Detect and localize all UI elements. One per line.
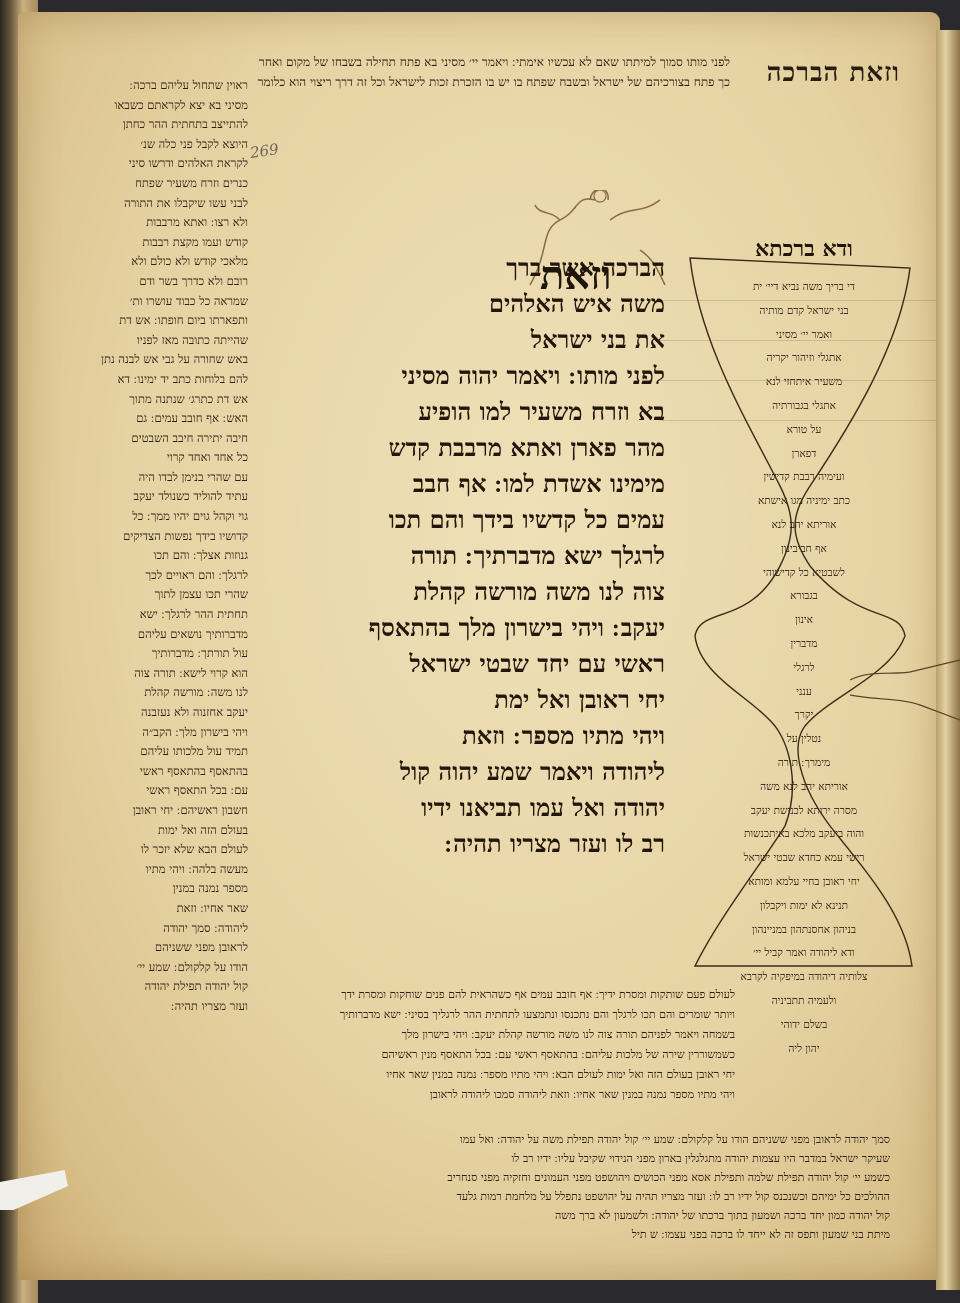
text-line: את בני ישראל <box>255 322 665 358</box>
text-line: מימינו אשדת למו ׃ אף חבב <box>255 466 665 502</box>
text-line: משעיר איתחזי לנא <box>690 371 918 395</box>
text-line: שהרי תכו עצמן לתוך <box>48 585 248 605</box>
text-line: תנינא לא ימות ויקבלון <box>690 895 918 919</box>
text-line: ועימיה רבבת קדישין <box>690 466 918 490</box>
targum-title: ודא ברכתא <box>690 236 918 262</box>
text-line: ליהודה ׃ סמך יהודה <box>48 919 248 939</box>
text-line: בהתאסף בהתאסף ראשי <box>48 762 248 782</box>
text-line: כשמע יי׳ קול יהודה תפילת שלמה ותפילת אסא… <box>55 1168 890 1187</box>
hand-drawing-icon <box>850 650 960 730</box>
text-line: אינון <box>690 609 918 633</box>
main-text-block: הברכה אשר ברךמשה איש האלהיםאת בני ישראלל… <box>255 250 665 862</box>
text-line: הברכה אשר ברך <box>255 250 665 286</box>
text-line: מלאכי קודש ולא כולם ולא <box>48 252 248 272</box>
text-line: ראשי עם יחד שבטי ישראל <box>255 646 665 682</box>
text-line: ההולכים כל ימיהם וכשנכנס קול ידיו רב לו … <box>55 1187 890 1206</box>
text-line: בא וזרח משעיר למו הופיע <box>255 394 665 430</box>
text-line: כנרים וזרח משעיר שפתח <box>48 174 248 194</box>
text-line: על טורא <box>690 419 918 443</box>
text-line: משה איש האלהים <box>255 286 665 322</box>
text-line: קול יהודה כמון יחד ברכה ושמעון בתוך ברכת… <box>55 1206 890 1225</box>
commentary-bottom: לעולם פעם שותקות ומסרת ידיך ׃ אף חובב עמ… <box>70 985 735 1105</box>
text-line: בעולם הזה ואל ימות <box>48 821 248 841</box>
running-title: וזאת הברכה <box>767 58 900 88</box>
text-line: שאר אחיו ׃ וזאת <box>48 899 248 919</box>
text-line: ויהי בישרון מלך ׃ הקב״ה <box>48 723 248 743</box>
text-line: שהייתה כתובה מאז לפניו <box>48 331 248 351</box>
text-line: אתגלי בגבורתיה <box>690 395 918 419</box>
text-line: רב לו ועזר מצריו תהיה ׃ <box>255 826 665 862</box>
text-line: ואמר יי׳ מסיני <box>690 324 918 348</box>
text-line: אוריתא יהב לנא משה <box>690 776 918 800</box>
text-line: נטלין על <box>690 728 918 752</box>
text-line: האש ׃ אף חובב עמים ׃ גם <box>48 409 248 429</box>
text-line: והוה ביעקב מלכא באיתכנשות <box>690 823 918 847</box>
commentary-line: לפני מותו סמוך למיתתו שאם לא עכשיו אימתי… <box>70 52 730 72</box>
text-line: אוריתא יהב לנא <box>690 514 918 538</box>
text-line: כשמשוררין שירה של מלכות עליהם ׃ בהתאסף ר… <box>70 1045 735 1065</box>
text-line: חיבה יתירה חיבב השבטים <box>48 429 248 449</box>
text-line: מסרה ירותא לכנישת יעקב <box>690 800 918 824</box>
text-line: אש דת כתרג׳ שנתנה מתוך <box>48 390 248 410</box>
text-line: לשבטיא כל קדישוהי <box>690 562 918 586</box>
text-line: בגבורא <box>690 585 918 609</box>
text-line: כתב ימיניה מגו אישתא <box>690 490 918 514</box>
text-line: יעקב אחזנוה ולא נעזבנה <box>48 703 248 723</box>
text-line: תחתית ההר לרגלך ׃ ישא <box>48 605 248 625</box>
text-line: תמיד עול מלכותו עליהם <box>48 742 248 762</box>
text-line: מסיני בא יצא לקראתם כשבאו <box>48 96 248 116</box>
text-line: יחי ראובן בחיי עלמא ומותא <box>690 871 918 895</box>
text-line: ראוין שתחול עליהם ברכה ׃ <box>48 76 248 96</box>
text-line: עמים כל קדשיו בידך והם תכו <box>255 502 665 538</box>
text-line: ויהי מתיו מספר ׃ וזאת <box>255 718 665 754</box>
text-line: כל אחד ואחד קרוי <box>48 448 248 468</box>
text-line: עתיד להוליד כשנולד יעקב <box>48 487 248 507</box>
text-line: קודש ועמו מקצת רבבות <box>48 233 248 253</box>
text-line: גנוזות אצלך ׃ והם תכו <box>48 546 248 566</box>
text-line: מדברותיך נושאים עליהם <box>48 625 248 645</box>
text-line: עם שהרי בנימן לבדו היה <box>48 468 248 488</box>
text-line: לעולם הבא שלא יזכר לו <box>48 840 248 860</box>
text-line: מהר פארן ואתא מרבבת קדש <box>255 430 665 466</box>
text-line: אתגלי וזיהור יקריה <box>690 347 918 371</box>
text-line: בניהון אחסנתהון במניינהון <box>690 919 918 943</box>
text-line: שמראה כל כבוד עושרו ות׳ <box>48 292 248 312</box>
text-line: ודא ליהודה ואמר קביל יי׳ <box>690 942 918 966</box>
text-line: לפני מותו ׃ ויאמר יהוה מסיני <box>255 358 665 394</box>
text-line: ותפארתו ביום חופתו ׃ אש דת <box>48 311 248 331</box>
text-line: דפארן <box>690 443 918 467</box>
text-line: גוי וקהל גוים יהיו ממך ׃ כל <box>48 507 248 527</box>
text-line: יחי ראובן בעולם הזה ואל ימות לעולם הבא ׃… <box>70 1065 735 1085</box>
text-line: רישי עמא כחדא שבטי ישראל <box>690 847 918 871</box>
text-line: יהודה ואל עמו תביאנו ידיו <box>255 790 665 826</box>
text-line: עול תורתך ׃ מדברותיך <box>48 644 248 664</box>
text-line: יחי ראובן ואל ימת <box>255 682 665 718</box>
text-line: בשמחה ויאמר לפניהם תורה צוה לנו משה מורש… <box>70 1025 735 1045</box>
text-line: יעקב ׃ ויהי בישרון מלך בהתאסף <box>255 610 665 646</box>
text-line: להתייצב בתחתית ההר כחתן <box>48 115 248 135</box>
text-line: בני ישראל קדם מותיה <box>690 300 918 324</box>
text-line: רובם ולא כדרך בשר ודם <box>48 272 248 292</box>
text-line: ויהי מתיו מספר נמנה במנין שאר אחיו ׃ וזא… <box>70 1085 735 1105</box>
text-line: באש שחורה על גבי אש לבנה נתן <box>48 350 248 370</box>
text-line: די בריך משה נביא דיי׳ ית <box>690 276 918 300</box>
text-line: צוה לנו משה מורשה קהלת <box>255 574 665 610</box>
text-line: לרגלך ישא מדברתיך ׃ תורה <box>255 538 665 574</box>
text-line: לרגלך ׃ והם ראויים לכך <box>48 566 248 586</box>
text-line: להם בלוחות כתב יד ימינו ׃ דא <box>48 370 248 390</box>
text-line: מעשה בלהה ׃ ויהי מתיו <box>48 860 248 880</box>
text-line: הוא קרוי לישא ׃ תורה צוה <box>48 664 248 684</box>
text-line: לבני עשו שיקבלו את התורה <box>48 194 248 214</box>
text-line: לקראת האלהים ודרשו סיני <box>48 154 248 174</box>
text-line: ליהודה ויאמר שמע יהוה קול <box>255 754 665 790</box>
text-line: מיתת בני שמעון ותפס זה לא ייחד לו ברכה ב… <box>55 1225 890 1244</box>
text-line: מימרך ׃ תורה <box>690 752 918 776</box>
commentary-left-column: ראוין שתחול עליהם ברכה ׃מסיני בא יצא לקר… <box>48 76 248 1017</box>
text-line: עם ׃ בכל התאסף ראשי <box>48 781 248 801</box>
text-line: קדושיו בידך נפשות הצדיקים <box>48 527 248 547</box>
text-line: ויותר שומרים והם תכו לרגלך והם נתכנסו ונ… <box>70 1005 735 1025</box>
text-line: מספר נמנה במנין <box>48 879 248 899</box>
text-line: לעולם פעם שותקות ומסרת ידיך ׃ אף חובב עמ… <box>70 985 735 1005</box>
text-line: ולא רצו ׃ ואתא מרבבות <box>48 213 248 233</box>
commentary-final: סמך יהודה לראובן מפני ששניהם הודו על קלק… <box>55 1130 890 1244</box>
text-line: אף חביבינון <box>690 538 918 562</box>
text-line: שעיקר ישראל במדבר היו עצמות יהודה מתגלגל… <box>55 1149 890 1168</box>
text-line: לנו משה ׃ מורשה קהלת <box>48 683 248 703</box>
text-line: הודו על קלקולם ׃ שמע יי׳ <box>48 958 248 978</box>
text-line: היוצא לקבל פני כלה שנ׳ <box>48 135 248 155</box>
text-line: סמך יהודה לראובן מפני ששניהם הודו על קלק… <box>55 1130 890 1149</box>
text-line: לראובן מפני ששניהם <box>48 938 248 958</box>
text-line: חשבון ראשיהם ׃ יחי ראובן <box>48 801 248 821</box>
